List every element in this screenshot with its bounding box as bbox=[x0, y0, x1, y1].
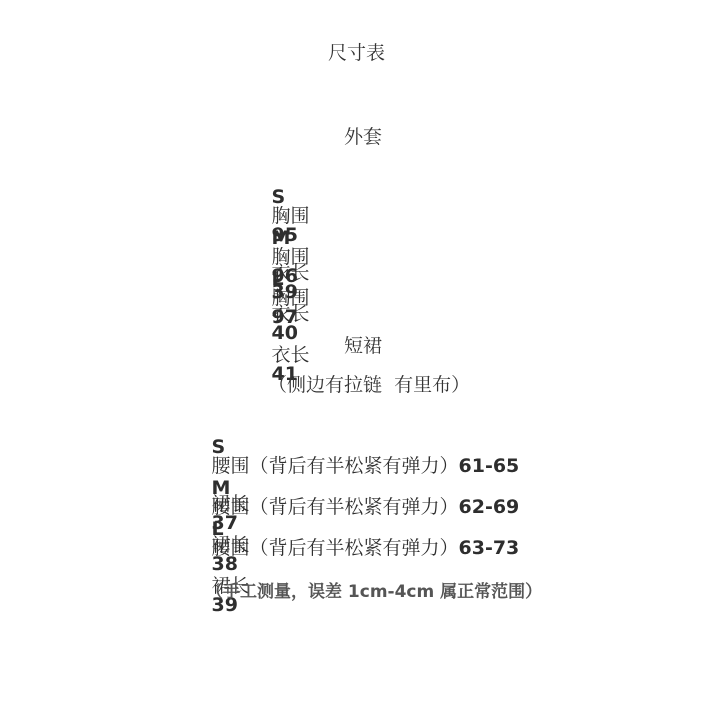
skirt-heading: 短裙 bbox=[344, 337, 382, 356]
waist-value: 63-73 bbox=[459, 537, 520, 559]
jacket-heading: 外套 bbox=[344, 128, 382, 147]
jacket-row-l: L 胸围 97 衣长 41 bbox=[262, 251, 310, 384]
page-title: 尺寸表 bbox=[328, 44, 385, 63]
chest-value: 97 bbox=[272, 306, 298, 328]
measurement-note: （手工测量，误差 1cm-4cm 属正常范围） bbox=[206, 584, 542, 601]
waist-label: 腰围（背后有半松紧有弹力） bbox=[212, 537, 459, 559]
skirt-note: （侧边有拉链 有里布） bbox=[268, 376, 470, 395]
